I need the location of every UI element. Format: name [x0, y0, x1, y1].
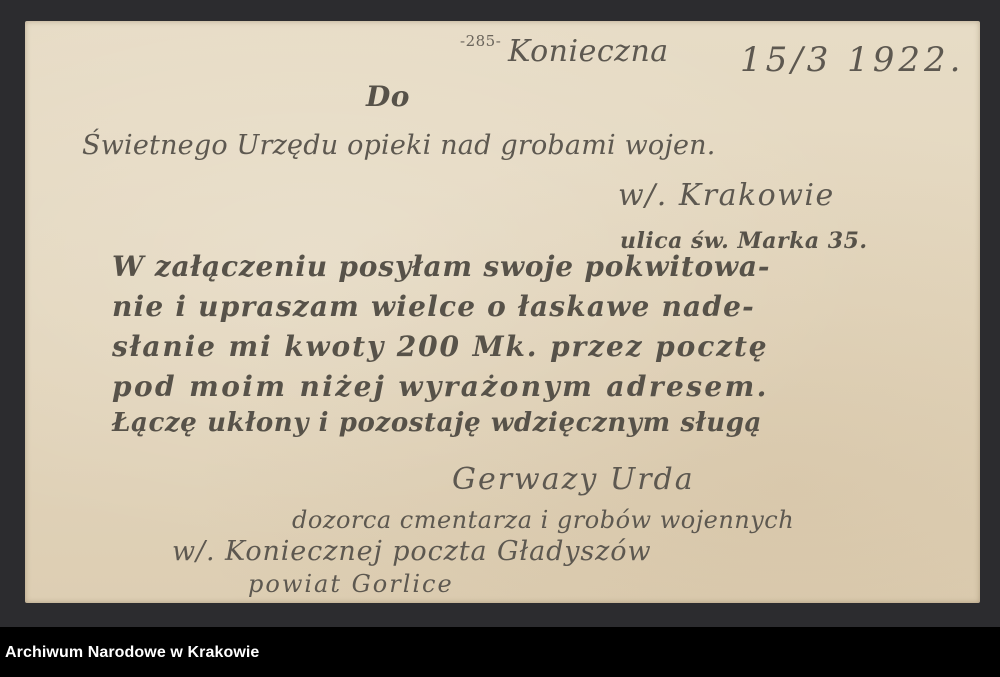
archive-footer-bar: Archiwum Narodowe w Krakowie — [0, 627, 1000, 677]
body-line-2: nie i upraszam wielce o łaskawe nade- — [112, 290, 755, 323]
signature-name: Gerwazy Urda — [452, 462, 695, 497]
signature-address-line-1: w/. Koniecznej poczta Gładyszów — [172, 536, 651, 567]
body-line-4: pod moim niżej wyrażonym adresem. — [112, 370, 769, 403]
salutation: Do — [366, 80, 410, 113]
archive-name-label: Archiwum Narodowe w Krakowie — [5, 644, 259, 662]
body-line-3: słanie mi kwoty 200 Mk. przez pocztę — [112, 330, 769, 363]
body-line-1: W załączeniu posyłam swoje pokwitowa- — [112, 250, 770, 283]
reference-number: -285- — [460, 32, 501, 50]
letter-date: 15/3 1922. — [740, 40, 965, 80]
signature-title: dozorca cmentarza i grobów wojennych — [292, 506, 794, 534]
recipient-line-1: Świetnego Urzędu opieki nad grobami woje… — [82, 130, 716, 161]
place-name: Konieczna — [508, 34, 669, 69]
signature-address-line-2: powiat Gorlice — [248, 570, 454, 598]
recipient-line-2: w/. Krakowie — [618, 178, 835, 213]
body-line-5: Łączę ukłony i pozostaję wdzięcznym sług… — [112, 408, 762, 438]
